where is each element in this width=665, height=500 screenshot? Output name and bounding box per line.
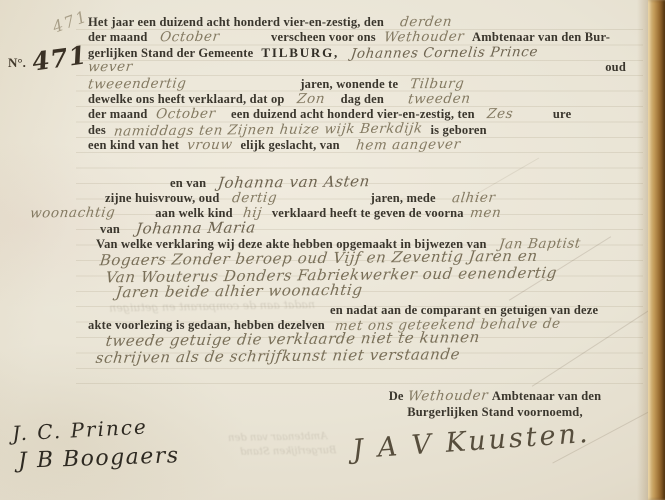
pencil-act-number: 471 (50, 6, 91, 36)
act-line: en vanJohanna van Asten (88, 175, 644, 190)
printed-text: dewelke ons heeft verklaard, dat op (88, 92, 285, 106)
printed-text: Het jaar een duizend acht honderd vier-e… (88, 15, 384, 29)
handwritten-text: wever (87, 60, 133, 76)
act-line: der maandOctobereen duizend acht honderd… (88, 106, 644, 121)
printed-text: zijne huisvrouw, oud (105, 191, 220, 205)
handwritten-text: October (159, 30, 220, 46)
printed-text: elijk geslacht, van (241, 138, 340, 152)
printed-text: een kind van het (88, 138, 179, 152)
book-page-edge (648, 0, 665, 500)
printed-text: Ambtenaar van den (492, 389, 601, 403)
act-line: weveroud (88, 60, 644, 75)
printed-text: De (389, 389, 404, 403)
printed-text: Ambtenaar van den Bur- (472, 30, 610, 44)
handwritten-text: Jaren beide alhier woonachtig (115, 283, 363, 301)
witness-signature: J B Boogaers (18, 443, 180, 474)
act-line: vanJohanna Maria (88, 221, 644, 236)
handwritten-name: Johanna van Asten (217, 174, 371, 191)
act-number: N°. 471 (8, 44, 87, 73)
handwritten-text: hem aangever (355, 138, 461, 154)
act-line: en nadat aan de comparant en getuigen va… (88, 302, 644, 317)
printed-text: verscheen voor ons (271, 30, 376, 44)
show-through-text: Burgerlijken Stand (240, 445, 337, 458)
act-line: der maandOctoberverscheen voor onsWethou… (88, 29, 644, 44)
birth-record-scan: 471 N°. 471 Het jaar een duizend acht ho… (0, 0, 665, 500)
handwritten-text: tweeden (407, 92, 471, 108)
printed-text: jaren, wonende te (300, 77, 398, 91)
handwritten-text: Wethouder (383, 30, 465, 46)
printed-text: een duizend acht honderd vier-en-zestig,… (231, 107, 475, 121)
act-line: Jaren beide alhier woonachtig (88, 284, 644, 300)
printed-text: oud (605, 60, 626, 75)
printed-text: ure (553, 107, 571, 121)
printed-text: van (100, 222, 120, 236)
handwritten-text: Wethouder (407, 388, 489, 405)
printed-text: en van (170, 176, 206, 190)
declarant-signature: J. C. Prince (11, 414, 148, 445)
printed-text: der maand (88, 30, 148, 44)
printed-text: dag den (341, 92, 384, 106)
printed-text: jaren, mede (371, 191, 436, 205)
act-line: Het jaar een duizend acht honderd vier-e… (88, 14, 644, 29)
act-line: gerlijken Stand der GemeenteTILBURG,Joha… (88, 45, 644, 60)
closing-line-1: De Wethouder Ambtenaar van den (345, 388, 645, 404)
printed-text: der maand (88, 107, 148, 121)
act-line: dewelke ons heeft verklaard, dat opZonda… (88, 91, 644, 106)
printed-text-bold: TILBURG, (261, 45, 339, 60)
printed-text: gerlijken Stand der Gemeente (88, 46, 253, 60)
handwritten-name: Johanna Maria (135, 220, 257, 237)
act-line: een kind van hetvrouwelijk geslacht, van… (88, 137, 644, 152)
handwritten-name: Johannes Cornelis Prince (350, 45, 539, 62)
act-line: tweeendertigjaren, wonende teTilburg (88, 76, 644, 91)
handwritten-text: Zes (486, 107, 514, 123)
act-line: woonachtigaan welk kindhijverklaard heef… (30, 205, 644, 220)
printed-text: des (88, 123, 106, 137)
act-line: zijne huisvrouw, ouddertigjaren, medealh… (88, 190, 644, 205)
printed-text: en nadat aan de comparant en getuigen va… (330, 303, 598, 317)
act-number-value: 471 (30, 40, 89, 76)
act-number-label: N°. (8, 55, 26, 70)
show-through-text: Ambtenaar van den (228, 431, 328, 444)
handwritten-text: woonachtig (29, 206, 116, 222)
printed-text: is geboren (430, 123, 486, 137)
official-signature: J A V Kuusten. (351, 414, 652, 466)
printed-text: Burgerlijken Stand voornoemd, (407, 405, 583, 419)
handwritten-text: tweeendertig (87, 76, 187, 92)
printed-text: verklaard heeft te geven de voorna (272, 206, 464, 220)
act-line: desnamiddags ten Zijnen huize wijk Berkd… (88, 122, 644, 137)
handwritten-text: October (155, 107, 216, 123)
act-line: schrijven als de schrijfkunst niet verst… (88, 349, 644, 365)
handwritten-text: Zon (296, 92, 326, 108)
handwritten-text: men (469, 206, 502, 222)
handwritten-text: schrijven als de schrijfkunst niet verst… (95, 347, 461, 366)
handwritten-text: vrouw (186, 138, 233, 154)
act-body: Het jaar een duizend acht honderd vier-e… (88, 14, 644, 365)
closing-block: De Wethouder Ambtenaar van den Burgerlij… (345, 388, 645, 420)
